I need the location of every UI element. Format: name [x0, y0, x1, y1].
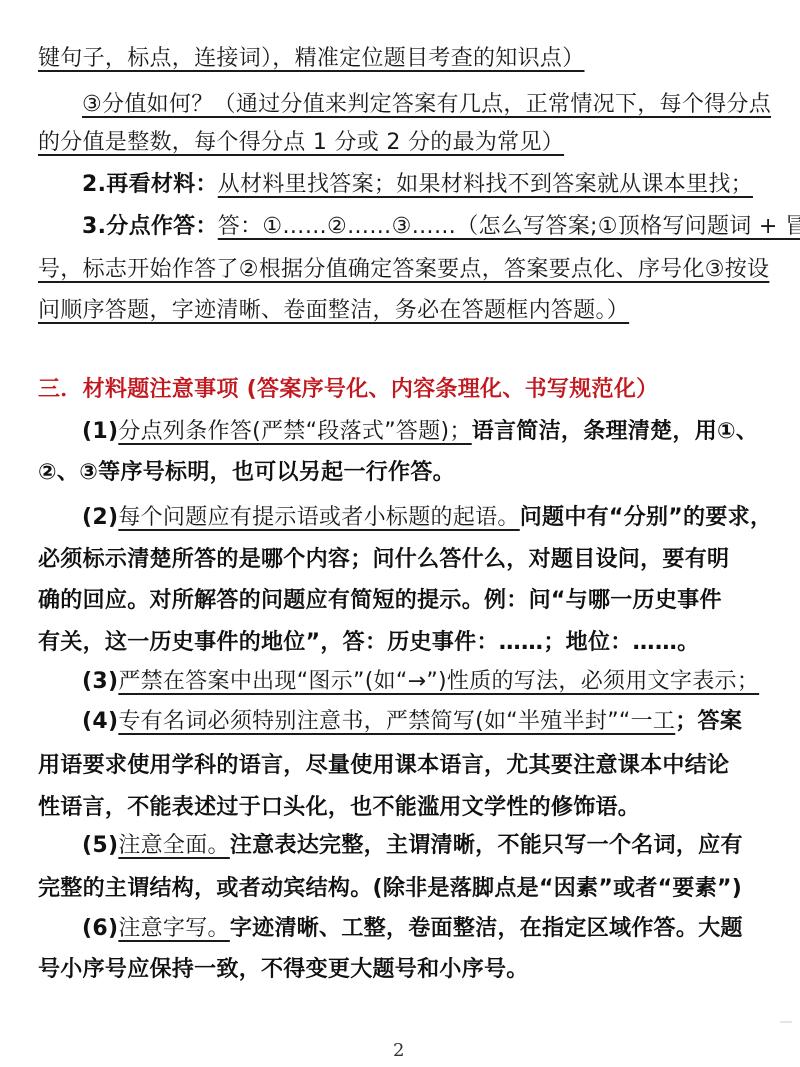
item-4-continuation: 用语要求使用学科的语言，尽量使用课本语言，尤其要注意课本中结论 [38, 751, 729, 781]
item-1-continuation: ②、③等序号标明，也可以另起一行作答。 [38, 458, 455, 488]
text-line: 号，标志开始作答了②根据分值确定答案要点，答案要点化、序号化③按设 [38, 255, 769, 285]
item-2-continuation: 必须标示清楚所答的是哪个内容；问什么答什么，对题目设问，要有明 [38, 545, 729, 575]
step-label: 2.再看材料： [82, 172, 218, 197]
bold-text: 注意表达完整，主谓清晰，不能只写一个名词，应有 [230, 833, 743, 858]
watermark-badge [780, 1021, 792, 1023]
text-line: 的分值是整数，每个得分点 1 分或 2 分的最为常见） [38, 128, 564, 158]
item-number: (2) [82, 505, 118, 530]
step-label: 3.分点作答： [82, 214, 218, 239]
text-line: 键句子，标点，连接词），精准定位题目考查的知识点） [38, 44, 585, 74]
bold-text: 语言简洁，条理清楚，用①、 [472, 419, 759, 444]
item-4-continuation: 性语言，不能表述过于口头化，也不能滥用文学性的修饰语。 [38, 793, 640, 823]
item-2-continuation: 确的回应。对所解答的问题应有简短的提示。例：问“与哪一历史事件 [38, 586, 722, 616]
item-3: (3)严禁在答案中出现“图示”(如“→”)性质的写法，必须用文字表示； [82, 667, 759, 697]
item-6-continuation: 号小序号应保持一致，不得变更大题号和小序号。 [38, 955, 529, 985]
item-number: (1) [82, 419, 118, 444]
bold-text: 字迹清晰、工整，卷面整洁，在指定区域作答。大题 [230, 916, 743, 941]
underlined-text: 问顺序答题，字迹清晰、卷面整洁，务必在答题框内答题。） [38, 298, 629, 323]
underlined-text: 每个问题应有提示语或者小标题的起语。 [118, 505, 519, 530]
underlined-text: 专有名词必须特别注意书，严禁简写(如“半殖半封”“一工 [118, 709, 675, 734]
underlined-text: 的分值是整数，每个得分点 1 分或 2 分的最为常见） [38, 130, 564, 155]
item-2: (2)每个问题应有提示语或者小标题的起语。问题中有“分别”的要求， [82, 503, 772, 533]
page-number: 2 [393, 1040, 404, 1061]
underlined-text: 键句子，标点，连接词），精准定位题目考查的知识点） [38, 46, 585, 71]
text-line: 问顺序答题，字迹清晰、卷面整洁，务必在答题框内答题。） [38, 296, 629, 326]
bold-text: 问题中有“分别”的要求， [520, 505, 773, 530]
item-number: (5) [82, 833, 118, 858]
underlined-text: 严禁在答案中出现“图示”(如“→”)性质的写法，必须用文字表示； [118, 669, 759, 694]
section-heading: 三．材料题注意事项 (答案序号化、内容条理化、书写规范化） [38, 375, 658, 405]
underlined-text: 注意全面。 [118, 833, 230, 858]
item-number: (4) [82, 709, 118, 734]
item-1: (1)分点列条作答(严禁“段落式”答题)；语言简洁，条理清楚，用①、 [82, 417, 758, 447]
step-2-line: 2.再看材料：从材料里找答案；如果材料找不到答案就从课本里找； [82, 170, 753, 200]
underlined-text: 答：①……②……③……（怎么写答案;①顶格写问题词 + 冒 [218, 214, 800, 239]
item-6: (6)注意字写。字迹清晰、工整，卷面整洁，在指定区域作答。大题 [82, 914, 743, 944]
step-3-line: 3.分点作答：答：①……②……③……（怎么写答案;①顶格写问题词 + 冒 [82, 212, 800, 242]
item-number: (3) [82, 669, 118, 694]
underlined-text: ③分值如何？（通过分值来判定答案有几点，正常情况下，每个得分点 [82, 92, 771, 117]
watermark [660, 1015, 800, 1055]
item-5-continuation: 完整的主谓结构，或者动宾结构。(除非是落脚点是“因素”或者“要素”) [38, 874, 742, 904]
item-2-continuation: 有关，这一历史事件的地位”，答：历史事件：……；地位：……。 [38, 628, 699, 658]
underlined-text: 从材料里找答案；如果材料找不到答案就从课本里找； [218, 172, 753, 197]
item-5: (5)注意全面。注意表达完整，主谓清晰，不能只写一个名词，应有 [82, 831, 743, 861]
underlined-text: 号，标志开始作答了②根据分值确定答案要点，答案要点化、序号化③按设 [38, 257, 769, 282]
item-number: (6) [82, 916, 118, 941]
bold-text: ；答案 [675, 709, 742, 734]
underlined-text: 分点列条作答(严禁“段落式”答题)； [118, 419, 471, 444]
underlined-text: 注意字写。 [118, 916, 230, 941]
item-4: (4)专有名词必须特别注意书，严禁简写(如“半殖半封”“一工；答案 [82, 707, 742, 737]
text-line: ③分值如何？（通过分值来判定答案有几点，正常情况下，每个得分点 [82, 90, 771, 120]
